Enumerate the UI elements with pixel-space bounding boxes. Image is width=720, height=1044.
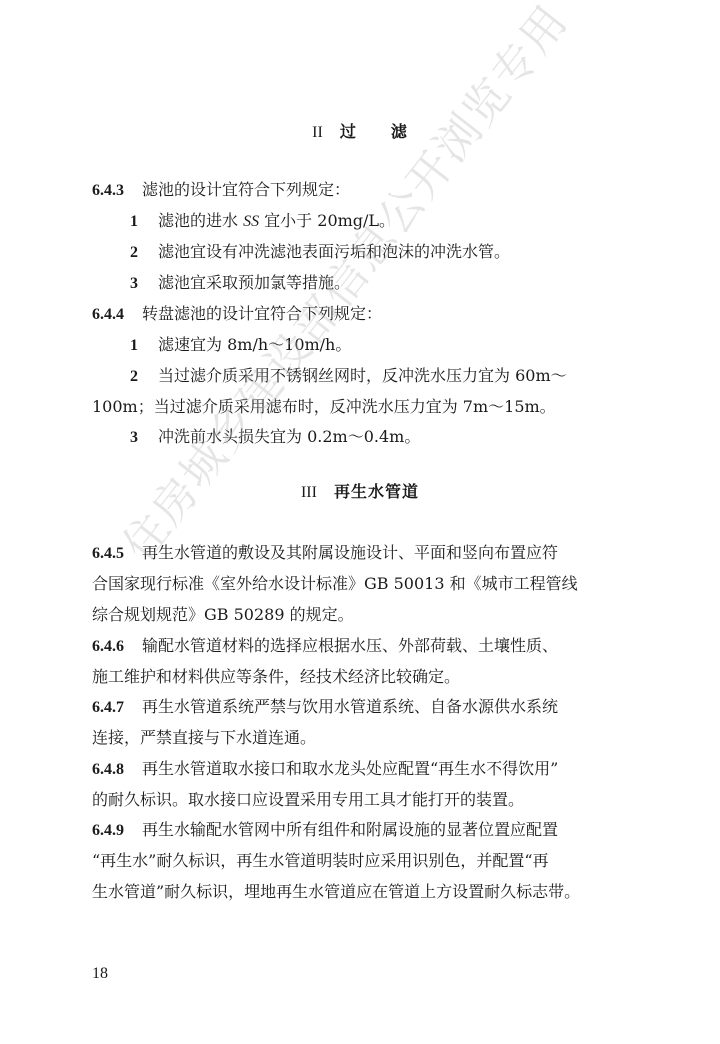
clause-text-line: 施工维护和材料供应等条件，经技术经济比较确定。 [92,667,632,687]
clause-text-line: 连接，严禁直接与下水道连通。 [92,728,632,748]
item-text: 滤池宜采取预加氯等措施。 [158,273,350,292]
item-text: 滤池宜设有冲洗滤池表面污垢和泡沫的冲洗水管。 [158,242,510,261]
clause-text: 再生水管道取水接口和取水龙头处应配置“再生水不得饮用” [142,759,558,778]
list-item: 1滤速宜为 8m/h～10m/h。 [92,335,670,356]
clause-text: 再生水管道的敷设及其附属设施设计、平面和竖向布置应符 [142,543,558,562]
section-title: 再生水管道 [334,482,419,501]
clause-6-4-5: 6.4.5再生水管道的敷设及其附属设施设计、平面和竖向布置应符 [92,543,632,564]
document-page: II 过 滤 6.4.3滤池的设计宜符合下列规定： 1滤池的进水 SS 宜小于 … [0,0,720,1044]
clause-text-line: 生水管道”耐久标识，埋地再生水管道应在管道上方设置耐久标志带。 [92,882,632,902]
item-text: 滤速宜为 8m/h～10m/h。 [158,335,351,354]
clause-number: 6.4.3 [92,181,142,201]
clause-6-4-8: 6.4.8再生水管道取水接口和取水龙头处应配置“再生水不得饮用” [92,759,632,780]
clause-text: 再生水管道系统严禁与饮用水管道系统、自备水源供水系统 [142,697,558,716]
section-roman-numeral: II [312,124,323,141]
list-item-continuation: 100m；当过滤介质采用滤布时，反冲洗水压力宜为 7m～15m。 [92,397,632,417]
list-item: 3冲洗前水头损失宜为 0.2m～0.4m。 [92,427,670,448]
item-number: 3 [130,274,158,294]
clause-text: 再生水输配水管网中所有组件和附属设施的显著位置应配置 [142,820,558,839]
section-title: 过 滤 [340,122,408,141]
clause-6-4-7: 6.4.7再生水管道系统严禁与饮用水管道系统、自备水源供水系统 [92,697,632,718]
section-heading-reclaimed-water-pipeline: III 再生水管道 [0,482,720,503]
item-number: 1 [130,212,158,232]
clause-6-4-3: 6.4.3滤池的设计宜符合下列规定： [92,180,632,201]
list-item: 3滤池宜采取预加氯等措施。 [92,273,670,294]
item-number: 3 [130,428,158,448]
clause-text: 滤池的设计宜符合下列规定： [142,180,350,199]
clause-number: 6.4.4 [92,305,142,325]
item-text: 滤池的进水 [158,211,243,230]
item-text: 100m；当过滤介质采用滤布时，反冲洗水压力宜为 7m～15m。 [92,397,556,416]
clause-text-line: 合国家现行标准《室外给水设计标准》GB 50013 和《城市工程管线 [92,574,632,594]
item-text: 当过滤介质采用不锈钢丝网时，反冲洗水压力宜为 60m～ [158,366,567,385]
page-number: 18 [92,965,108,983]
clause-number: 6.4.7 [92,698,142,718]
clause-number: 6.4.6 [92,637,142,657]
clause-number: 6.4.9 [92,821,142,841]
clause-text-line: “再生水”耐久标识，再生水管道明装时应采用识别色，并配置“再 [92,851,632,871]
section-heading-filtration: II 过 滤 [0,122,720,143]
item-text: 宜小于 20mg/L。 [259,211,395,230]
clause-text: 转盘滤池的设计宜符合下列规定： [142,304,382,323]
clause-text: 输配水管道材料的选择应根据水压、外部荷载、土壤性质、 [142,636,558,655]
item-number: 2 [130,243,158,263]
item-text: 冲洗前水头损失宜为 0.2m～0.4m。 [158,427,420,446]
clause-text-line: 的耐久标识。取水接口应设置采用专用工具才能打开的装置。 [92,790,632,810]
list-item: 2当过滤介质采用不锈钢丝网时，反冲洗水压力宜为 60m～ [92,366,670,387]
clause-number: 6.4.8 [92,760,142,780]
clause-6-4-9: 6.4.9再生水输配水管网中所有组件和附属设施的显著位置应配置 [92,820,632,841]
item-number: 1 [130,336,158,356]
item-text-italic: SS [243,213,259,230]
item-number: 2 [130,367,158,387]
clause-number: 6.4.5 [92,544,142,564]
clause-text-line: 综合规划规范》GB 50289 的规定。 [92,605,632,625]
list-item: 2滤池宜设有冲洗滤池表面污垢和泡沫的冲洗水管。 [92,242,670,263]
clause-6-4-6: 6.4.6输配水管道材料的选择应根据水压、外部荷载、土壤性质、 [92,636,632,657]
section-roman-numeral: III [301,484,317,501]
list-item: 1滤池的进水 SS 宜小于 20mg/L。 [92,211,670,232]
clause-6-4-4: 6.4.4转盘滤池的设计宜符合下列规定： [92,304,632,325]
